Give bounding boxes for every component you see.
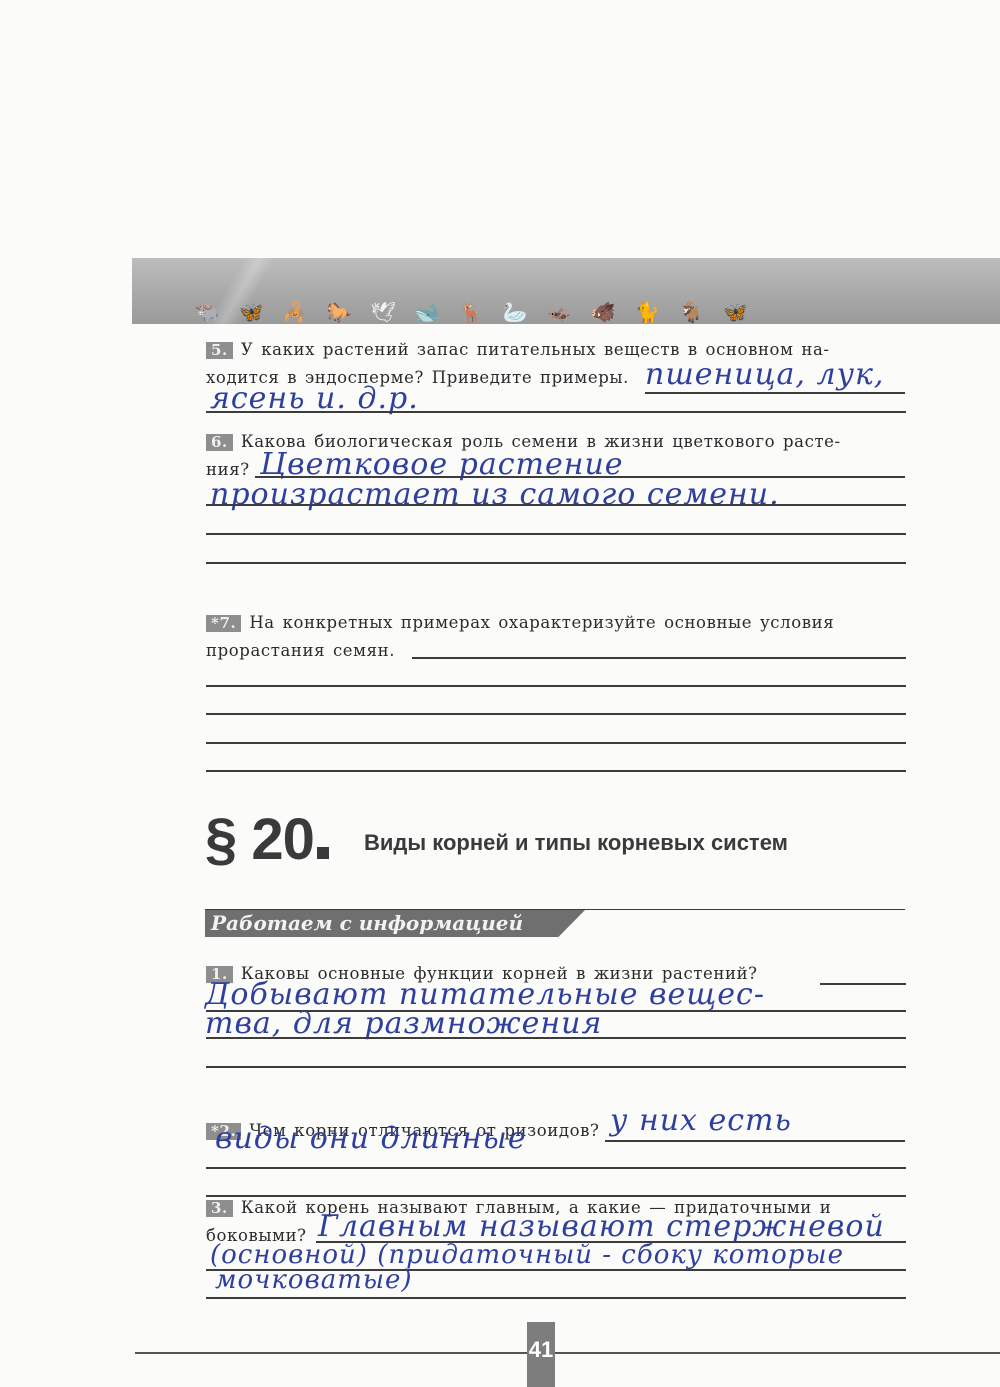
- answer-line[interactable]: [206, 411, 906, 413]
- answer-line[interactable]: [206, 1037, 906, 1039]
- answer-line[interactable]: [206, 742, 906, 744]
- question-number-badge: 3.: [206, 1200, 233, 1217]
- divider: [205, 909, 905, 910]
- answer-line[interactable]: [206, 504, 906, 506]
- scorpion-icon: 🦂: [280, 302, 310, 322]
- answer-line[interactable]: [206, 1066, 906, 1068]
- answer-handwriting[interactable]: Главным называют стержневой: [318, 1212, 885, 1242]
- whale-icon: 🐋: [412, 302, 442, 322]
- butterfly-icon: 🦋: [236, 302, 266, 322]
- footer-rule: [135, 1352, 1000, 1354]
- answer-line[interactable]: [206, 685, 906, 687]
- horse-icon: 🐎: [324, 302, 354, 322]
- subheading-bar: Работаем с информацией: [205, 910, 585, 937]
- section-title: Виды корней и типы корневых систем: [364, 828, 824, 857]
- gazelle-icon: 🐐: [676, 302, 706, 322]
- answer-line[interactable]: [412, 657, 906, 659]
- answer-handwriting[interactable]: ясень и. д.р.: [210, 384, 419, 414]
- animal-silhouettes: 🐃 🦋 🦂 🐎 🕊 🐋 🦌 🦢 🦗 🐗 🐈 🐐 🦋: [192, 302, 750, 322]
- answer-line[interactable]: [206, 770, 906, 772]
- answer-line[interactable]: [645, 392, 905, 394]
- question-text: На конкретных примерах охарактеризуйте о…: [249, 613, 834, 632]
- heron-icon: 🦢: [500, 302, 530, 322]
- answer-handwriting[interactable]: пшеница, лук,: [645, 360, 884, 390]
- answer-line[interactable]: [206, 713, 906, 715]
- bird-icon: 🕊: [368, 302, 398, 322]
- question-number-badge: 6.: [206, 434, 233, 451]
- answer-line[interactable]: [605, 1140, 905, 1142]
- answer-line[interactable]: [206, 1195, 906, 1197]
- section-number: § 20: [205, 810, 329, 870]
- answer-line[interactable]: [206, 1297, 906, 1299]
- page-number: 41: [527, 1322, 555, 1387]
- cat-icon: 🐈: [632, 302, 662, 322]
- answer-line[interactable]: [206, 533, 906, 535]
- answer-handwriting[interactable]: произрастает из самого семени.: [210, 480, 780, 510]
- answer-handwriting[interactable]: мочковатые): [215, 1265, 413, 1295]
- antelope-icon: 🦌: [456, 302, 486, 322]
- question-number-badge: 5.: [206, 342, 233, 359]
- answer-line[interactable]: [820, 983, 906, 985]
- butterfly-icon: 🦋: [720, 302, 750, 322]
- answer-handwriting[interactable]: тва, для размножения: [205, 1009, 602, 1039]
- subheading-text: Работаем с информацией: [211, 910, 523, 937]
- bison-icon: 🐃: [192, 302, 222, 322]
- answer-line[interactable]: [206, 1167, 906, 1169]
- boar-icon: 🐗: [588, 302, 618, 322]
- answer-line[interactable]: [206, 562, 906, 564]
- answer-handwriting[interactable]: виды они длинные: [215, 1124, 527, 1154]
- question-7: *7.На конкретных примерах охарактеризуйт…: [206, 613, 834, 661]
- decorative-banner: 🐃 🦋 🦂 🐎 🕊 🐋 🦌 🦢 🦗 🐗 🐈 🐐 🦋: [132, 258, 1000, 324]
- question-number-badge: *7.: [206, 615, 241, 632]
- insect-icon: 🦗: [544, 302, 574, 322]
- answer-handwriting[interactable]: у них есть: [610, 1106, 792, 1136]
